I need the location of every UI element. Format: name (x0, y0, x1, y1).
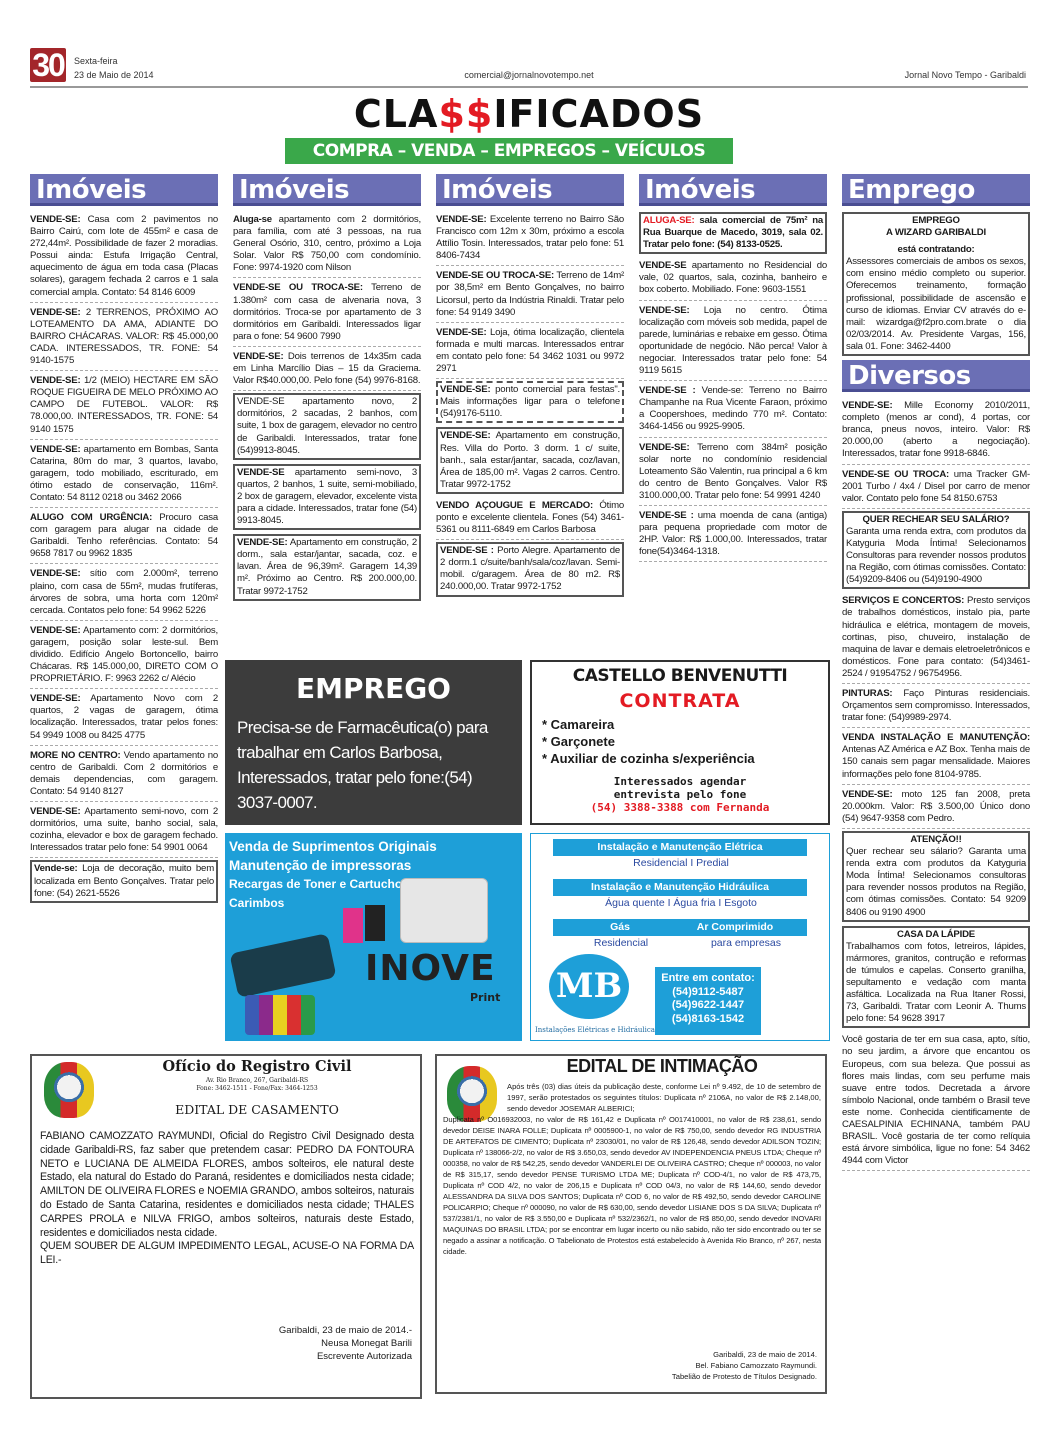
section-heading-imoveis: Imóveis (639, 174, 827, 206)
ink-cartridge-image (343, 908, 363, 943)
classified-ad: VENDE-SE OU TROCA-SE: Terreno de 14m² po… (436, 268, 624, 322)
classified-ad: VENDE-SE: apartamento em Bombas, Santa C… (30, 442, 218, 508)
classified-ad: VENDE-SE: Dois terrenos de 14x35m cada e… (233, 349, 421, 391)
ad-label: VENDE-SE: (436, 327, 486, 338)
column-imoveis-2: ImóveisAluga-se apartamento com 2 dormit… (233, 174, 421, 605)
classified-ad: Aluga-se apartamento com 2 dormitórios, … (233, 212, 421, 278)
ad-label: VENDE-SE OU TROCA-SE: (233, 282, 363, 293)
ad-label: VENDE-SE: (30, 214, 80, 225)
page-title: CLA$$IFICADOS (0, 92, 1058, 136)
classified-ad: ATENÇÃO!!Quer rechear seu sálario? Garan… (842, 831, 1030, 922)
notice-address: Av. Rio Branco, 267, Garibaldi-RSFone: 3… (92, 1077, 422, 1093)
ad-label: VENDE-SE (639, 260, 686, 271)
ad-label: VENDE-SE OU TROCA: (842, 469, 949, 480)
ad-text: Presto serviços de trabalhos domésticos,… (842, 595, 1030, 679)
section-heading-imoveis: Imóveis (436, 174, 624, 206)
classified-ad: VENDE-SE: 2 TERRENOS, PRÓXIMO AO LOTEAME… (30, 305, 218, 371)
ad-label: VENDE-SE: (842, 789, 892, 800)
classified-ad: VENDE-SE: moto 125 fan 2008, preta 20.00… (842, 787, 1030, 829)
ad-label: VENDE-SE: (30, 806, 80, 817)
ad-label: VENDE-SE: (440, 384, 490, 395)
classified-ad: VENDE-SE : Vende-se: Terreno no Bairro C… (639, 383, 827, 437)
position-item: * Auxiliar de cozinha s/experiência (542, 750, 828, 767)
toner-cartridge-image (229, 933, 336, 998)
section-heading-imoveis: Imóveis (30, 174, 218, 206)
notice-body: FABIANO CAMOZZATO RAYMUNDI, Oficial do R… (40, 1130, 414, 1268)
ad-label: VENDE-SE: (639, 442, 689, 453)
ad-label: VENDE-SE: (30, 693, 80, 704)
classified-ad: VENDE-SE: Apartamento em construção, Res… (436, 427, 624, 493)
castello-benvenutti-ad: CASTELLO BENVENUTTI CONTRATA * Camareira… (530, 660, 830, 825)
notice-title: Ofício do Registro Civil (92, 1058, 422, 1075)
ink-cartridge-image (365, 905, 385, 941)
ad-label: VENDE-SE : (440, 545, 494, 556)
ad-label: MORE NO CENTRO: (30, 750, 121, 761)
ad-label: VENDE-SE: (30, 625, 80, 636)
classified-ad: VENDE-SE OU TROCA: uma Tracker GM-2001 T… (842, 467, 1030, 509)
ad-label: ALUGO COM URGÊNCIA: (30, 512, 152, 523)
notice-body: Duplicata nº O016932003, no valor de R$ … (443, 1114, 821, 1257)
classified-ad: VENDE-SE: Excelente terreno no Bairro Sã… (436, 212, 624, 266)
classified-ad: VENDE-SE: Casa com 2 pavimentos no Bairr… (30, 212, 218, 303)
classified-ad: VENDE-SE: Apartamento Novo com 2 quartos… (30, 691, 218, 745)
ad-text: Quer rechear seu sálario? Garanta uma re… (846, 846, 1026, 917)
ad-label: VENDE-SE: (436, 214, 486, 225)
weekday: Sexta-feira (74, 56, 118, 66)
inove-print-ad: Venda de Suprimentos Originais Manutençã… (225, 833, 522, 1041)
classified-ad: VENDE-SE: Apartamento semi-novo, com 2 d… (30, 804, 218, 858)
classified-ad: VENDE-SE: Loja no centro. Ótima localiza… (639, 303, 827, 382)
ad-text: Você gostaria de ter em sua casa, apto, … (842, 1034, 1030, 1166)
ad-label: VENDO AÇOUGUE E MERCADO: (436, 500, 593, 511)
classified-ad: QUER RECHEAR SEU SALÁRIO?Garanta uma ren… (842, 511, 1030, 590)
mb-logo-caption: Instalações Elétricas e Hidráulicas (535, 1026, 659, 1034)
registro-civil-notice: Ofício do Registro Civil Av. Rio Branco,… (30, 1054, 422, 1399)
column-imoveis-4: ImóveisALUGA-SE: sala comercial de 75m² … (639, 174, 827, 564)
ad-label: VENDE-SE : (639, 510, 694, 521)
classified-ad: VENDE-SE: Terreno com 384m² posição sola… (639, 440, 827, 506)
ad-title: ATENÇÃO!! (846, 834, 1026, 846)
ad-label: VENDE-SE : (639, 385, 696, 396)
column-emprego-diversos: Emprego EMPREGO A WIZARD GARIBALDI está … (842, 174, 1030, 1173)
company-name: CASTELLO BENVENUTTI (532, 666, 828, 686)
section-heading-imoveis: Imóveis (233, 174, 421, 206)
ad-title: QUER RECHEAR SEU SALÁRIO? (846, 514, 1026, 526)
notice-intro: Após três (03) dias úteis da publicação … (507, 1081, 821, 1114)
ad-label: VENDE-SE (237, 467, 284, 478)
ad-label: VENDE-SE: (30, 375, 80, 386)
stamps-image (245, 995, 315, 1035)
ad-label: VENDE-SE: (30, 568, 80, 579)
contact-email: comercial@jornalnovotempo.net (0, 70, 1058, 80)
edital-intimacao-notice: EDITAL DE INTIMAÇÃO Após três (03) dias … (435, 1054, 827, 1394)
ad-text: Casa com 2 pavimentos no Bairro Cairú, c… (30, 214, 218, 298)
ad-label: VENDE-SE: (639, 305, 689, 316)
ad-text: VENDE-SE apartamento novo, 2 dormitórios… (237, 396, 417, 455)
ad-label: Vende-se: (34, 863, 78, 874)
hiring-headline: CONTRATA (532, 690, 828, 712)
ad-label: VENDE-SE OU TROCA-SE: (436, 270, 554, 281)
classified-ad: VENDE-SE apartamento novo, 2 dormitórios… (233, 393, 421, 459)
classified-ad: VENDE-SE OU TROCA-SE: Terreno de 1.380m²… (233, 280, 421, 346)
section-heading-emprego: Emprego (842, 174, 1030, 206)
mb-instalacoes-ad: Instalação e Manutenção Elétrica Residen… (530, 833, 830, 1041)
ad-label: VENDA INSTALAÇÃO E MANUTENÇÃO: (842, 732, 1030, 743)
classified-ad: ALUGO COM URGÊNCIA: Procuro casa com gar… (30, 510, 218, 564)
banner-title: EMPREGO (225, 672, 522, 705)
ad-label: Aluga-se (233, 214, 272, 225)
page-subtitle: COMPRA – VENDA – EMPREGOS – VEÍCULOS (285, 138, 733, 164)
mb-contact-box: Entre em contato: (54)9112-5487 (54)9622… (655, 967, 761, 1035)
ad-title: CASA DA LÁPIDE (846, 929, 1026, 941)
notice-subtitle: EDITAL DE CASAMENTO (92, 1102, 422, 1117)
classified-ad: Vende-se: Loja de decoração, muito bem l… (30, 860, 218, 902)
position-item: * Garçonete (542, 733, 828, 750)
section-heading-diversos: Diversos (842, 360, 1030, 392)
classified-ad: VENDE-SE: 1/2 (MEIO) HECTARE EM SÃO ROQU… (30, 373, 218, 439)
inove-logo-sub: Print (470, 991, 500, 1004)
ad-text: Antenas AZ América e AZ Box. Tenha mais … (842, 744, 1030, 779)
classified-ad: VENDE-SE: Loja, ótima localização, clien… (436, 325, 624, 379)
diversos-ads: VENDE-SE: Mille Economy 2010/2011, compl… (842, 398, 1030, 1171)
ad-label: VENDE-SE: (842, 400, 892, 411)
classified-ad: VENDO AÇOUGUE E MERCADO: Ótimo ponto e e… (436, 498, 624, 540)
classified-ad: VENDA INSTALAÇÃO E MANUTENÇÃO: Antenas A… (842, 730, 1030, 784)
ad-label: VENDE-SE: (233, 351, 283, 362)
classified-ad: SERVIÇOS E CONCERTOS: Presto serviços de… (842, 593, 1030, 684)
classified-ad: CASA DA LÁPIDETrabalhamos com fotos, let… (842, 926, 1030, 1029)
wizard-job-ad: EMPREGO A WIZARD GARIBALDI está contrata… (842, 212, 1030, 356)
notice-title: EDITAL DE INTIMAÇÃO (507, 1056, 817, 1077)
column-imoveis-1: ImóveisVENDE-SE: Casa com 2 pavimentos n… (30, 174, 218, 907)
notice-signature: Garibaldi, 23 de maio de 2014. Bel. Fabi… (672, 1349, 817, 1382)
classified-ad: VENDE-SE : Porto Alegre. Apartamento de … (436, 542, 624, 596)
classified-ad: VENDE-SE: sítio com 2.000m², terreno pla… (30, 566, 218, 620)
emprego-banner-ad: EMPREGO Precisa-se de Farmacêutica(o) pa… (225, 660, 522, 825)
notice-signature: Garibaldi, 23 de maio de 2014.- Neusa Mo… (279, 1324, 412, 1363)
positions-list: * Camareira * Garçonete * Auxiliar de co… (532, 716, 828, 767)
classified-ad: MORE NO CENTRO: Vendo apartamento no cen… (30, 748, 218, 802)
classified-ad: VENDE-SE apartamento semi-novo, 3 quarto… (233, 464, 421, 530)
classified-ad: VENDE-SE: Apartamento em construção, 2 d… (233, 534, 421, 600)
publication-name: Jornal Novo Tempo - Garibaldi (905, 70, 1026, 80)
ad-label: VENDE-SE: (237, 537, 287, 548)
ad-label: SERVIÇOS E CONCERTOS: (842, 595, 964, 606)
ad-label: ALUGA-SE: (643, 215, 695, 226)
ad-label: PINTURAS: (842, 688, 892, 699)
ad-label: VENDE-SE: (30, 444, 80, 455)
ad-label: VENDE-SE: (30, 307, 80, 318)
inove-logo: INOVE (365, 948, 496, 989)
position-item: * Camareira (542, 716, 828, 733)
ad-text: Garanta uma renda extra, com produtos da… (846, 526, 1026, 585)
printer-image (400, 878, 488, 943)
classified-ad: VENDE-SE: ponto comercial para festas". … (436, 381, 624, 423)
column-imoveis-3: ImóveisVENDE-SE: Excelente terreno no Ba… (436, 174, 624, 601)
classified-ad: PINTURAS: Faço Pinturas residenciais. Or… (842, 686, 1030, 728)
classified-ad: Você gostaria de ter em sua casa, apto, … (842, 1032, 1030, 1171)
mb-logo: MB (549, 954, 629, 1019)
ad-label: VENDE-SE: (440, 430, 490, 441)
classified-ad: VENDE-SE : uma moenda de cana (antiga) p… (639, 508, 827, 562)
header-divider (30, 86, 1028, 88)
classified-ad: VENDE-SE: Apartamento com: 2 dormitórios… (30, 623, 218, 689)
classified-ad: VENDE-SE: Mille Economy 2010/2011, compl… (842, 398, 1030, 464)
state-coat-of-arms-icon (44, 1062, 94, 1118)
ad-text: Trabalhamos com fotos, letreiros, lápide… (846, 941, 1026, 1025)
classified-ad: VENDE-SE apartamento no Residencial do v… (639, 258, 827, 300)
banner-text: Precisa-se de Farmacêutica(o) para traba… (225, 705, 522, 815)
contact-info: Interessados agendar entrevista pelo fon… (532, 775, 828, 814)
classified-ad: ALUGA-SE: sala comercial de 75m² na Rua … (639, 212, 827, 254)
